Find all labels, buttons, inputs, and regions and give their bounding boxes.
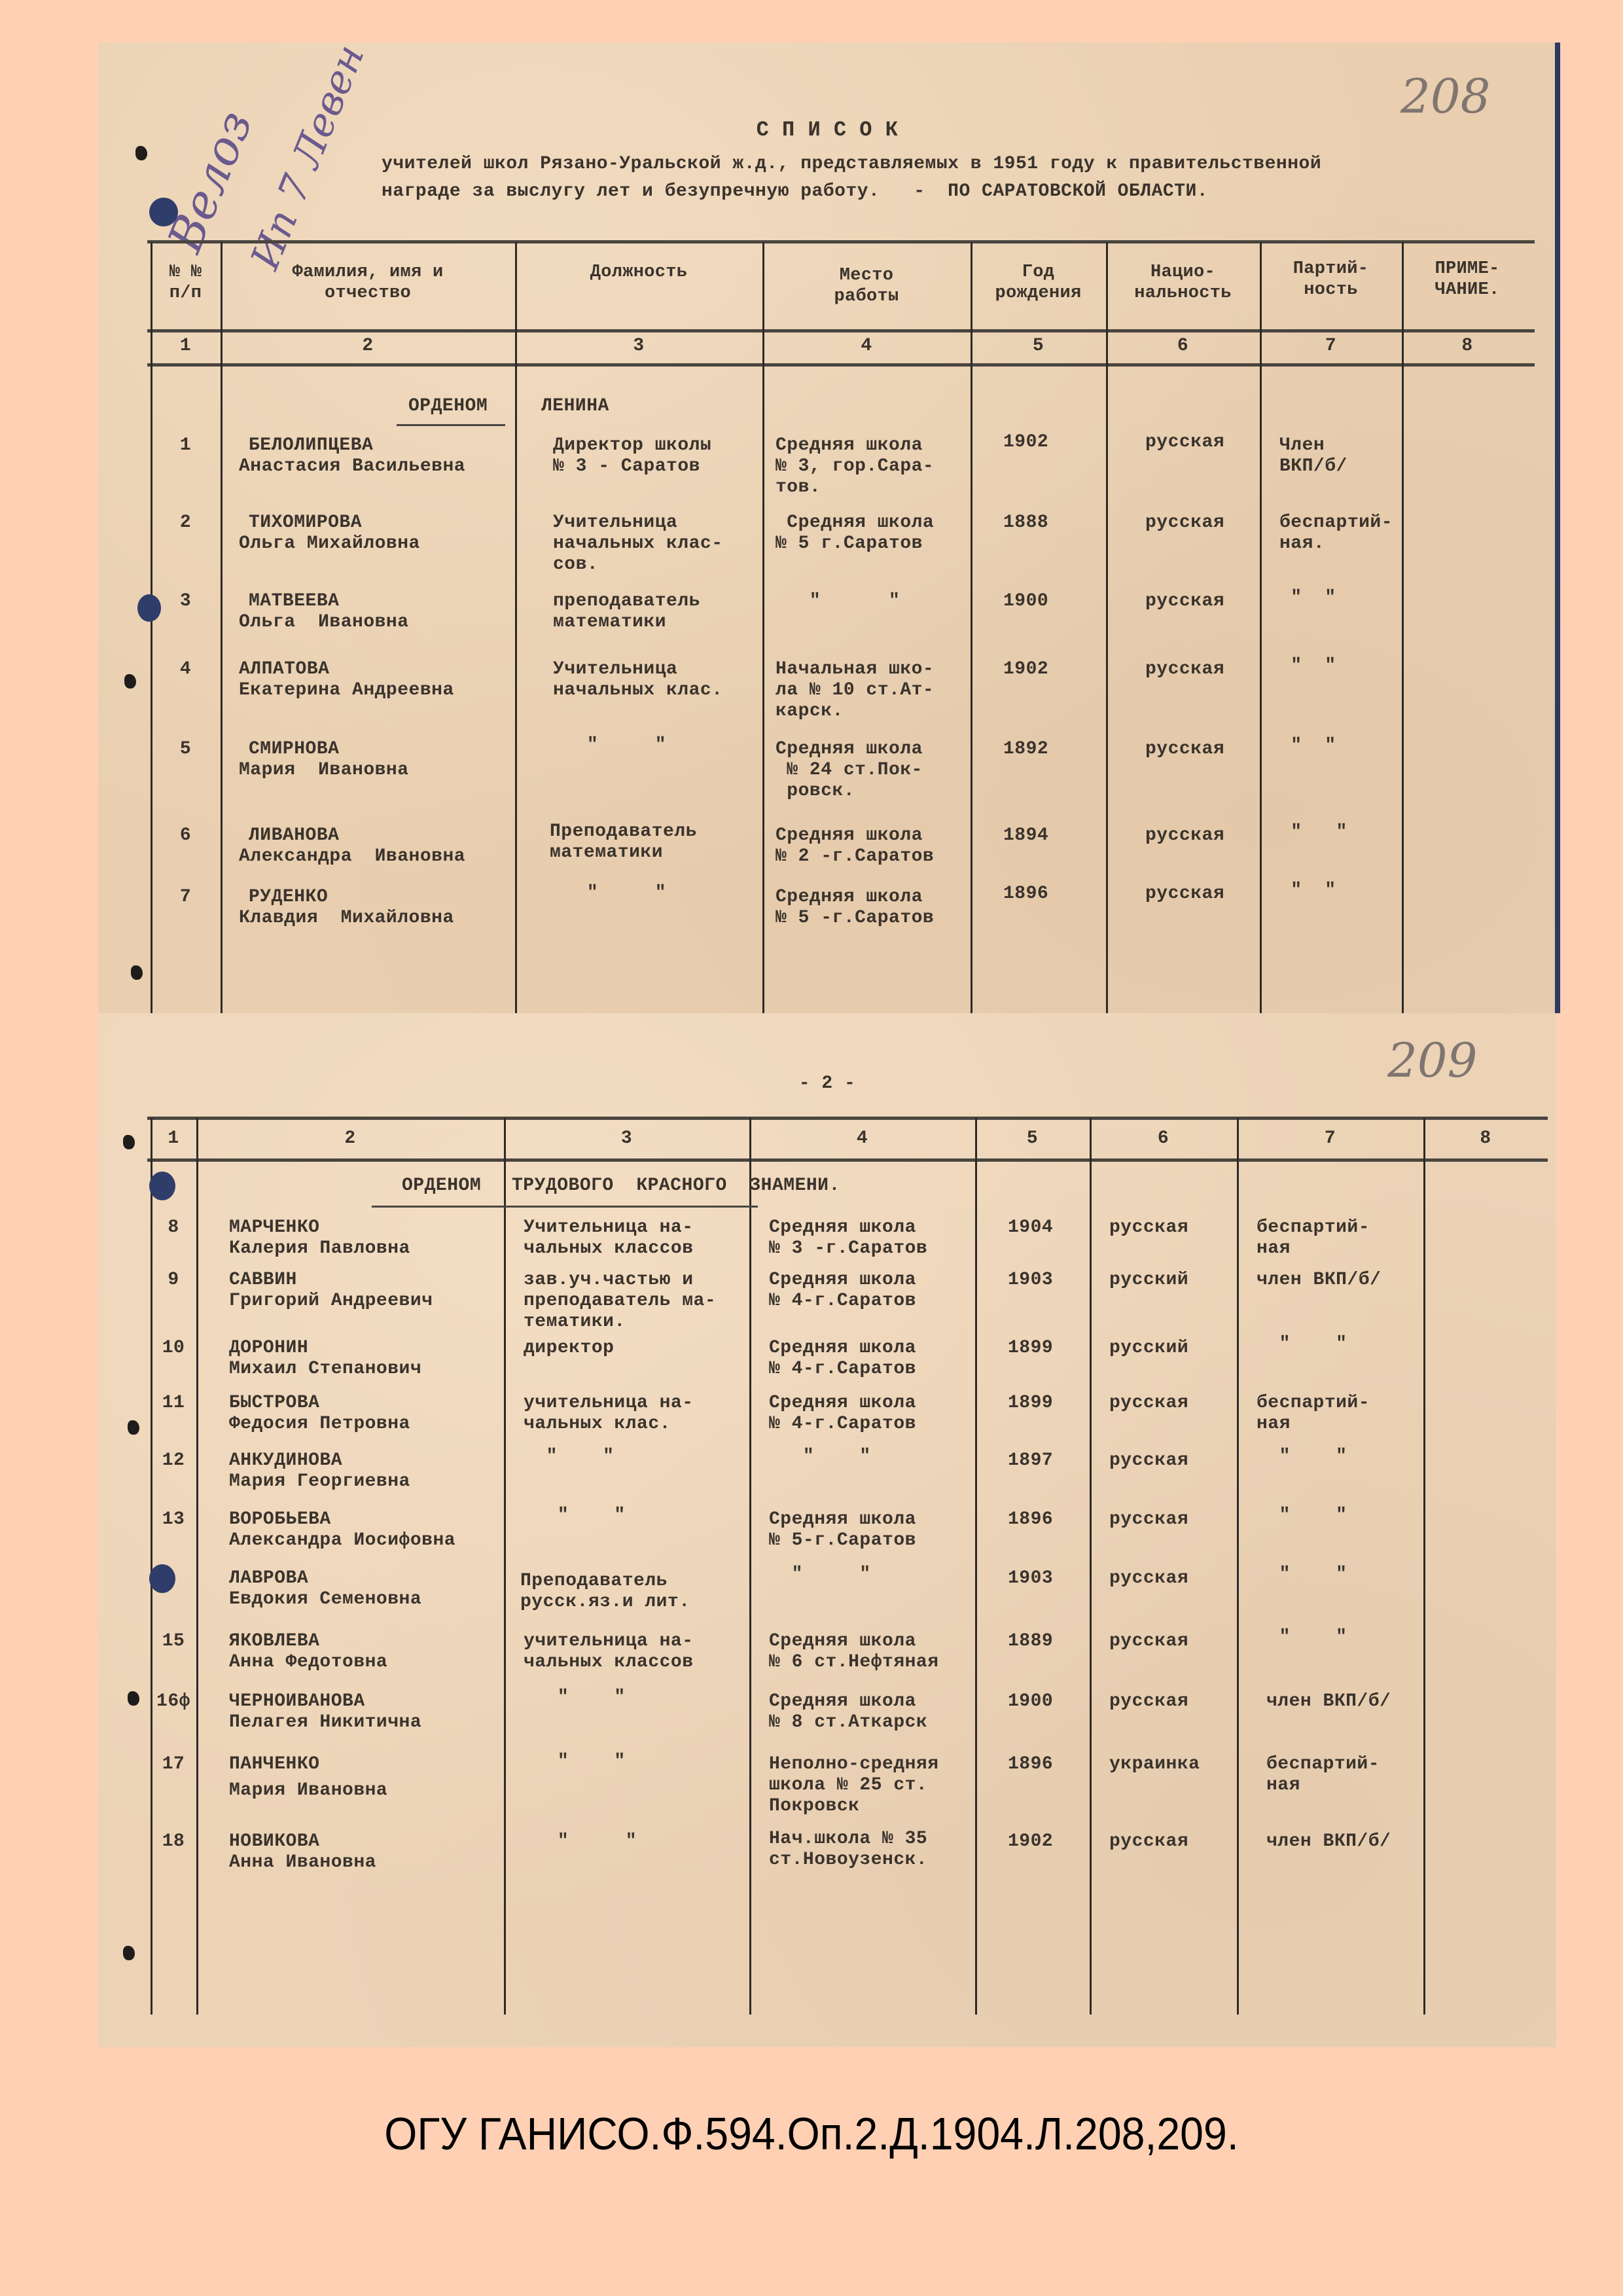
nationality: русская — [1109, 1393, 1188, 1414]
nationality: русская — [1109, 1450, 1188, 1471]
section-underline — [397, 424, 505, 426]
document-subtitle-line2: награде за выслугу лет и безупречную раб… — [382, 181, 1208, 202]
given-names: Михаил Степанович — [229, 1359, 421, 1380]
workplace: " " — [769, 1446, 871, 1467]
position: " " — [553, 883, 666, 904]
nationality: русская — [1145, 659, 1224, 680]
nationality: русская — [1145, 512, 1224, 533]
row-number: 15 — [151, 1631, 196, 1652]
party: " " — [1257, 1627, 1347, 1648]
birth-year: 1902 — [1008, 1831, 1053, 1852]
nationality: русская — [1109, 1509, 1188, 1530]
column-divider — [221, 242, 223, 1028]
party: член ВКП/б/ — [1257, 1270, 1381, 1291]
archive-sheet-208: 208 Велоз Ип 7 Левен С П И С О К учителе… — [98, 43, 1556, 1013]
position: директор — [524, 1338, 614, 1359]
row-number: 5 — [151, 739, 221, 760]
nationality: русская — [1109, 1631, 1188, 1652]
surname: МАРЧЕНКО — [229, 1217, 319, 1238]
row-number: 4 — [151, 659, 221, 680]
surname: ДОРОНИН — [229, 1338, 308, 1359]
column-divider — [971, 242, 972, 1028]
birth-year: 1900 — [1008, 1691, 1053, 1712]
position: Преподаватель русск.яз.и лит. — [520, 1571, 690, 1613]
position: " " — [524, 1831, 637, 1852]
workplace: " " — [776, 591, 900, 612]
position: Директор школы № 3 - Саратов — [553, 435, 711, 477]
column-header-birth-year: Год рождения — [971, 262, 1106, 304]
column-number: 4 — [762, 336, 971, 357]
given-names: Анна Ивановна — [229, 1852, 376, 1873]
row-number: 7 — [151, 887, 221, 908]
column-header-position: Должность — [515, 262, 762, 283]
surname: ЧЕРНОИВАНОВА — [229, 1691, 365, 1712]
birth-year: 1899 — [1008, 1393, 1053, 1414]
workplace: Средняя школа № 4-г.Саратов — [769, 1393, 916, 1435]
column-number: 6 — [1106, 336, 1260, 357]
workplace: Средняя школа № 6 ст.Нефтяная — [769, 1631, 939, 1673]
party: " " — [1257, 1505, 1347, 1526]
column-number: 5 — [975, 1128, 1090, 1149]
column-divider — [749, 1118, 751, 2015]
party: " " — [1257, 1334, 1347, 1355]
birth-year: 1889 — [1008, 1631, 1053, 1652]
surname: БЕЛОЛИПЦЕВА — [249, 435, 373, 456]
row-number: 18 — [151, 1831, 196, 1852]
archive-reference-caption: ОГУ ГАНИСО.Ф.594.Оп.2.Д.1904.Л.208,209. — [65, 2108, 1558, 2160]
column-divider — [151, 1118, 152, 2015]
column-number: 3 — [515, 336, 762, 357]
party: беспартий- ная. — [1279, 512, 1393, 554]
column-number: 6 — [1090, 1128, 1237, 1149]
table-rule — [147, 240, 1535, 243]
workplace: Средняя школа № 5 г.Саратов — [776, 512, 934, 554]
column-divider — [1260, 242, 1262, 1028]
surname: БЫСТРОВА — [229, 1393, 319, 1414]
position: Учительница на- чальных классов — [524, 1217, 694, 1259]
column-divider — [151, 242, 152, 1028]
birth-year: 1897 — [1008, 1450, 1053, 1471]
column-header-workplace: Место работы — [762, 265, 971, 307]
nationality: русская — [1145, 825, 1224, 846]
position: " " — [524, 1505, 626, 1526]
workplace: Средняя школа № 5 -г.Саратов — [776, 887, 934, 929]
row-number: 8 — [151, 1217, 196, 1238]
column-header-number: № № п/п — [151, 262, 221, 304]
column-number: 8 — [1423, 1128, 1548, 1149]
nationality: русская — [1109, 1568, 1188, 1589]
position: преподаватель математики — [553, 591, 700, 633]
nationality: русская — [1109, 1691, 1188, 1712]
row-number: 6 — [151, 825, 221, 846]
party: " " — [1257, 1446, 1347, 1467]
birth-year: 1896 — [1008, 1754, 1053, 1775]
column-number: 1 — [151, 336, 221, 357]
column-number: 4 — [749, 1128, 975, 1149]
section-title: ОРДЕНОМ — [408, 396, 488, 417]
workplace: Средняя школа № 5-г.Саратов — [769, 1509, 916, 1551]
party: член ВКП/б/ — [1266, 1691, 1391, 1712]
given-names: Анастасия Васильевна — [239, 456, 465, 477]
party: член ВКП/б/ — [1266, 1831, 1391, 1852]
nationality: украинка — [1109, 1754, 1200, 1775]
surname: РУДЕНКО — [249, 887, 328, 908]
party: " " — [1279, 656, 1336, 677]
column-divider — [975, 1118, 977, 2015]
punch-hole-icon — [124, 674, 136, 689]
birth-year: 1903 — [1008, 1568, 1053, 1589]
position: " " — [553, 735, 666, 756]
punch-hole-icon — [135, 146, 147, 160]
nationality: русский — [1109, 1338, 1188, 1359]
given-names: Александра Иосифовна — [229, 1530, 455, 1551]
party: " " — [1279, 880, 1336, 901]
surname: ТИХОМИРОВА — [249, 512, 362, 533]
position: зав.уч.частью и преподаватель ма- темати… — [524, 1270, 716, 1333]
birth-year: 1888 — [1003, 512, 1048, 533]
column-header-name: Фамилия, имя и отчество — [221, 262, 515, 304]
column-number: 5 — [971, 336, 1106, 357]
birth-year: 1894 — [1003, 825, 1048, 846]
position: " " — [524, 1446, 614, 1467]
surname: ПАНЧЕНКО — [229, 1754, 319, 1775]
workplace: Средняя школа № 3, гор.Сара- тов. — [776, 435, 934, 498]
birth-year: 1904 — [1008, 1217, 1053, 1238]
nationality: русская — [1145, 884, 1224, 905]
party: " " — [1279, 822, 1347, 843]
row-number: 17 — [151, 1754, 196, 1775]
row-number: 13 — [151, 1509, 196, 1530]
given-names: Ольга Михайловна — [239, 533, 420, 554]
birth-year: 1892 — [1003, 739, 1048, 760]
row-number: 12 — [151, 1450, 196, 1471]
position: " " — [524, 1687, 626, 1708]
surname: ЯКОВЛЕВА — [229, 1631, 319, 1652]
workplace: Средняя школа № 2 -г.Саратов — [776, 825, 934, 867]
birth-year: 1899 — [1008, 1338, 1053, 1359]
party: беспартий- ная — [1266, 1754, 1380, 1796]
column-number: 2 — [221, 336, 515, 357]
row-number: 1 — [151, 435, 221, 456]
birth-year: 1902 — [1003, 432, 1048, 453]
row-number: 3 — [151, 591, 221, 612]
page-number: - 2 - — [98, 1073, 1556, 1094]
position: учительница на- чальных клас. — [524, 1393, 694, 1435]
position: Учительница начальных клас. — [553, 659, 723, 701]
workplace: " " — [769, 1564, 871, 1585]
party: Член ВКП/б/ — [1279, 435, 1347, 477]
column-divider — [1237, 1118, 1239, 2015]
surname: НОВИКОВА — [229, 1831, 319, 1852]
column-divider — [1423, 1118, 1425, 2015]
table-rule — [147, 1117, 1548, 1120]
given-names: Екатерина Андреевна — [239, 680, 454, 701]
surname: ЛИВАНОВА — [249, 825, 339, 846]
given-names: Анна Федотовна — [229, 1652, 387, 1673]
column-number: 3 — [504, 1128, 749, 1149]
ink-dot-icon — [149, 1564, 175, 1593]
punch-hole-icon — [131, 965, 143, 980]
table-rule — [147, 1158, 1548, 1162]
workplace: Средняя школа № 24 ст.Пок- ровск. — [776, 739, 923, 802]
column-number: 1 — [151, 1128, 196, 1149]
party: беспартий- ная — [1257, 1217, 1370, 1259]
given-names: Александра Ивановна — [239, 846, 465, 867]
column-divider — [504, 1118, 506, 2015]
position: " " — [524, 1751, 626, 1772]
column-header-note: ПРИМЕ- ЧАНИЕ. — [1402, 259, 1533, 300]
birth-year: 1902 — [1003, 659, 1048, 680]
punch-hole-icon — [123, 1135, 135, 1149]
nationality: русская — [1145, 739, 1224, 760]
party: " " — [1279, 736, 1336, 757]
ink-dot-icon — [149, 198, 178, 226]
column-header-nationality: Нацио- нальность — [1106, 262, 1260, 304]
position: Учительница начальных клас- сов. — [553, 512, 723, 575]
workplace: Средняя школа № 8 ст.Аткарск — [769, 1691, 927, 1733]
document-title: С П И С О К — [98, 120, 1556, 141]
surname: АНКУДИНОВА — [229, 1450, 342, 1471]
position: Преподаватель математики — [550, 821, 697, 863]
table-rule — [147, 329, 1535, 332]
row-number: 10 — [151, 1338, 196, 1359]
column-divider — [1106, 242, 1108, 1028]
birth-year: 1900 — [1003, 591, 1048, 612]
sheet-edge — [1555, 43, 1560, 1013]
section-underline — [372, 1206, 758, 1208]
workplace: Начальная шко- ла № 10 ст.Ат- карск. — [776, 659, 934, 722]
archive-sheet-209: 209 - 2 - 1 2 3 4 5 6 7 8 ОРДЕНОМ ТРУДОВ… — [98, 1013, 1556, 2047]
birth-year: 1896 — [1003, 884, 1048, 905]
surname: ВОРОБЬЕВА — [229, 1509, 331, 1530]
section-title: ОРДЕНОМ — [402, 1175, 481, 1196]
surname: МАТВЕЕВА — [249, 591, 339, 612]
position: учительница на- чальных классов — [524, 1631, 694, 1673]
section-title: ТРУДОВОГО КРАСНОГО ЗНАМЕНИ. — [512, 1175, 840, 1196]
given-names: Пелагея Никитична — [229, 1712, 421, 1733]
nationality: русская — [1109, 1217, 1188, 1238]
section-title: ЛЕНИНА — [541, 396, 609, 417]
party: беспартий- ная — [1257, 1393, 1370, 1435]
column-number: 8 — [1402, 336, 1533, 357]
given-names: Ольга Ивановна — [239, 612, 409, 633]
row-number: 2 — [151, 512, 221, 533]
surname: АЛПАТОВА — [239, 659, 329, 680]
workplace: Средняя школа № 3 -г.Саратов — [769, 1217, 927, 1259]
birth-year: 1903 — [1008, 1270, 1053, 1291]
given-names: Мария Ивановна — [229, 1780, 387, 1801]
column-divider — [762, 242, 764, 1028]
birth-year: 1896 — [1008, 1509, 1053, 1530]
given-names: Федосия Петровна — [229, 1414, 410, 1435]
given-names: Клавдия Михайловна — [239, 908, 454, 929]
row-number: 16ф — [151, 1691, 196, 1712]
column-number: 2 — [196, 1128, 504, 1149]
column-divider — [1090, 1118, 1092, 2015]
nationality: русская — [1145, 591, 1224, 612]
column-number: 7 — [1260, 336, 1402, 357]
nationality: русский — [1109, 1270, 1188, 1291]
column-number: 7 — [1237, 1128, 1423, 1149]
surname: САВВИН — [229, 1270, 297, 1291]
row-number: 9 — [151, 1270, 196, 1291]
ink-dot-icon — [149, 1172, 175, 1200]
given-names: Калерия Павловна — [229, 1238, 410, 1259]
nationality: русская — [1109, 1831, 1188, 1852]
column-header-party: Партий- ность — [1260, 259, 1402, 300]
workplace: Неполно-средняя школа № 25 ст. Покровск — [769, 1754, 939, 1817]
surname: ЛАВРОВА — [229, 1568, 308, 1589]
table-rule — [147, 363, 1535, 367]
folio-number: 208 — [1400, 69, 1490, 124]
party: " " — [1279, 588, 1336, 609]
given-names: Григорий Андреевич — [229, 1291, 433, 1312]
column-divider — [1402, 242, 1404, 1028]
column-divider — [196, 1118, 198, 2015]
document-subtitle-line1: учителей школ Рязано-Уральской ж.д., пре… — [382, 154, 1321, 175]
punch-hole-icon — [123, 1946, 135, 1960]
workplace: Средняя школа № 4-г.Саратов — [769, 1270, 916, 1312]
punch-hole-icon — [128, 1691, 139, 1706]
given-names: Мария Ивановна — [239, 760, 409, 781]
given-names: Мария Георгиевна — [229, 1471, 410, 1492]
punch-hole-icon — [128, 1420, 139, 1435]
workplace: Нач.школа № 35 ст.Новоузенск. — [769, 1829, 927, 1871]
surname: СМИРНОВА — [249, 739, 339, 760]
given-names: Евдокия Семеновна — [229, 1589, 421, 1610]
party: " " — [1257, 1564, 1347, 1585]
nationality: русская — [1145, 432, 1224, 453]
column-divider — [515, 242, 517, 1028]
row-number: 11 — [151, 1393, 196, 1414]
workplace: Средняя школа № 4-г.Саратов — [769, 1338, 916, 1380]
